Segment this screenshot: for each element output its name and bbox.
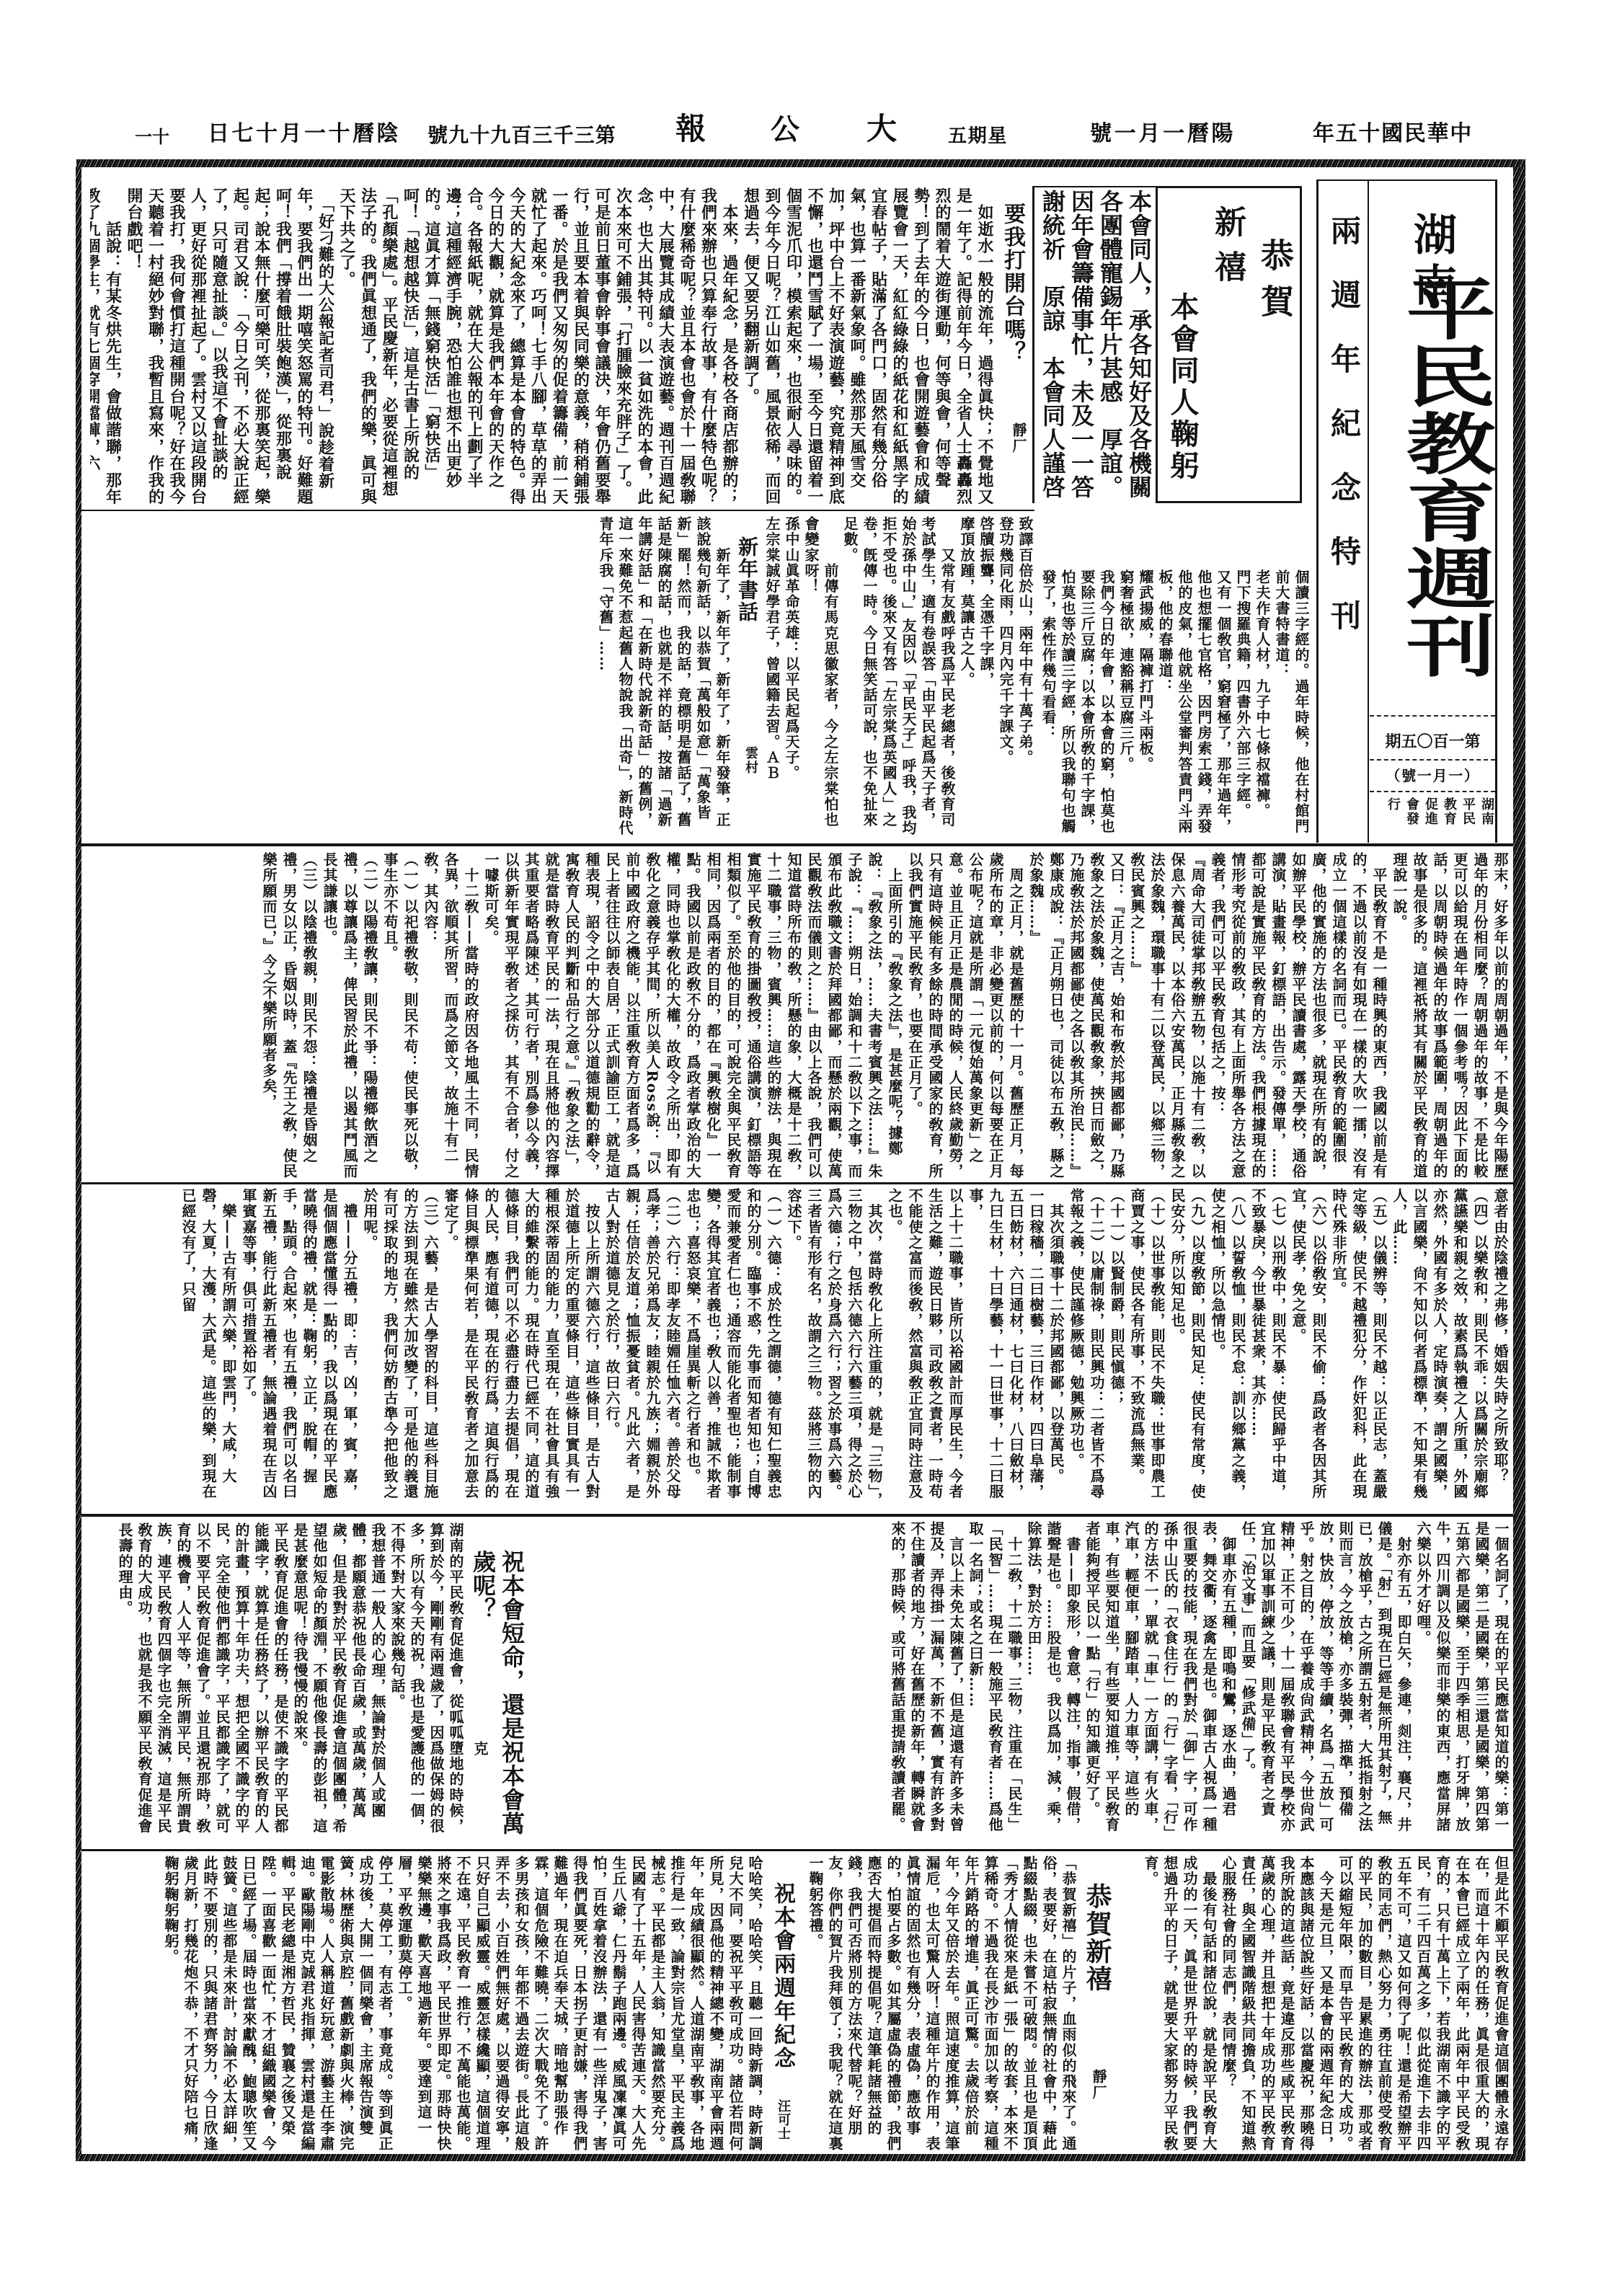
- article-title: 祝本會短命，還是祝本會萬歲呢？: [467, 1550, 526, 1845]
- notice-box-border: [1032, 186, 1034, 503]
- header-paper-name-char-3: 報: [675, 116, 706, 142]
- article-title: 新年書話: [735, 536, 758, 623]
- article-title: 恭賀新禧: [1083, 1883, 1112, 1993]
- article-body-continued: 那末，好多年以前的周朝過年，不是與今年陽歷過年的月份相同麼？周朝過年的故事，不是…: [90, 852, 1510, 1181]
- greeting-signature: 本會同人鞠躬: [1166, 292, 1199, 482]
- masthead-inner-line: [1368, 179, 1369, 843]
- page-border-left: [76, 167, 81, 2161]
- masthead-title-prefix: 湖南: [1391, 210, 1485, 262]
- header-issue-number: 第三千三百九十九號: [427, 123, 616, 149]
- article-body: 新年了，新年了，新年了，新年發筆，正該說幾句新話，以恭賀「萬般如意」「萬象皆新」…: [90, 516, 732, 842]
- tier-divider-top-band: [81, 510, 1034, 511]
- notice-box-border: [1032, 186, 1156, 187]
- page-border-right: [1513, 167, 1525, 2161]
- article-body: 如逝水一般的流年，過得眞快；不覺地又是一年了。記得前年今日，全省人士轟轟烈烈的鬧…: [90, 187, 995, 509]
- article-body-continued: 一個名詞了，現在的平民應當知道的樂：第一是國樂，第二是國樂，第三還是國樂，第四第…: [537, 1521, 1510, 1847]
- greeting-line-1: 恭賀: [1258, 238, 1293, 330]
- article-body: 湖南的平民敎育促進會，從呱呱墮地的時候，算到於今，剛剛有兩週歲了，因爲做保姆的很…: [90, 1522, 465, 1847]
- article-author: 克: [471, 1741, 489, 1755]
- band-divider-lower: [81, 1514, 1513, 1517]
- page-border-bottom: [76, 2154, 1525, 2161]
- header-paper-name-char-1: 大: [867, 116, 897, 142]
- header-solar-date: 陽曆一月一號: [1090, 121, 1236, 147]
- header-republic-year: 中華民國十五年: [1313, 121, 1473, 147]
- band-divider-upper: [81, 843, 1513, 846]
- masthead-dashed-rule: [1370, 715, 1495, 717]
- masthead-date: （一月一號）: [1373, 766, 1492, 786]
- header-page-number: 十一: [135, 124, 169, 150]
- header-rule: [76, 159, 1525, 167]
- header-lunar-date: 陰曆十一月十七日: [208, 121, 401, 147]
- masthead-left-line: [1316, 179, 1319, 843]
- article-author: 靜厂: [1090, 2069, 1107, 2101]
- article-author: 雲村: [743, 746, 758, 775]
- article-body: 「恭賀新禧」的片子，血雨似的飛來了。通俗，表要好，在這枯寂無情的社會中，藉此點綴…: [800, 1856, 1078, 2154]
- article-body-continued: 致譯百倍於山，兩年中有十萬子弟。 登功幾同化雨，四月內完千字課文。 啓牘振聾，全…: [764, 516, 1034, 842]
- masthead-issue: 第一百〇五期: [1373, 731, 1492, 753]
- masthead-publisher: 湖南平民教育促進會發行: [1379, 797, 1496, 830]
- masthead-subtitle: 兩週年紀念特刊: [1326, 215, 1361, 676]
- article-author: 靜厂: [1010, 422, 1027, 454]
- tier-divider-bottom-band: [81, 1849, 1513, 1851]
- masthead-dashed-rule: [1370, 791, 1495, 792]
- notice-text: 本會同人，承各知好及各機關 各團體寵錫年片甚感 厚誼。 因年會籌備事忙，未及一一…: [1037, 190, 1153, 507]
- article-body: 哈哈笑，哈哈笑，且聽一回時新調，時新調兒大不同，要祝平平敎可成功。諸位若問何所見…: [90, 1856, 764, 2154]
- header-weekday: 星期五: [948, 123, 1008, 149]
- tier-divider-middle-band: [81, 1182, 1513, 1184]
- masthead-top-line: [1317, 179, 1497, 181]
- article-title: 祝本會兩週年紀念: [770, 1882, 794, 2070]
- article-author: 汪可士: [775, 2099, 791, 2140]
- article-body-continued: 個讀三字經的。過年時候，他在村館門前大書特書道： 老夫作育人材，九子中七條叔襠褲…: [1037, 569, 1311, 842]
- article-title: 要我打開台嗎？: [1000, 203, 1024, 364]
- masthead-dashed-rule: [1370, 759, 1495, 761]
- header-paper-name-char-2: 公: [771, 117, 799, 143]
- greeting-line-2: 新禧: [1210, 205, 1244, 295]
- article-body-continued: 意者由於陰禮之弗修，婚姻失時之所致耶？ （四）以樂敎和，則民不乖：以爲關於宗廟鄉…: [90, 1188, 1510, 1512]
- masthead-title: 平民教育週刊: [1396, 275, 1493, 686]
- article-body-continued: 但是此不顧平民敎育促進會這個團體永遠存在，而這十年內的任務，眞是很重大的，現在本…: [1121, 1856, 1510, 2154]
